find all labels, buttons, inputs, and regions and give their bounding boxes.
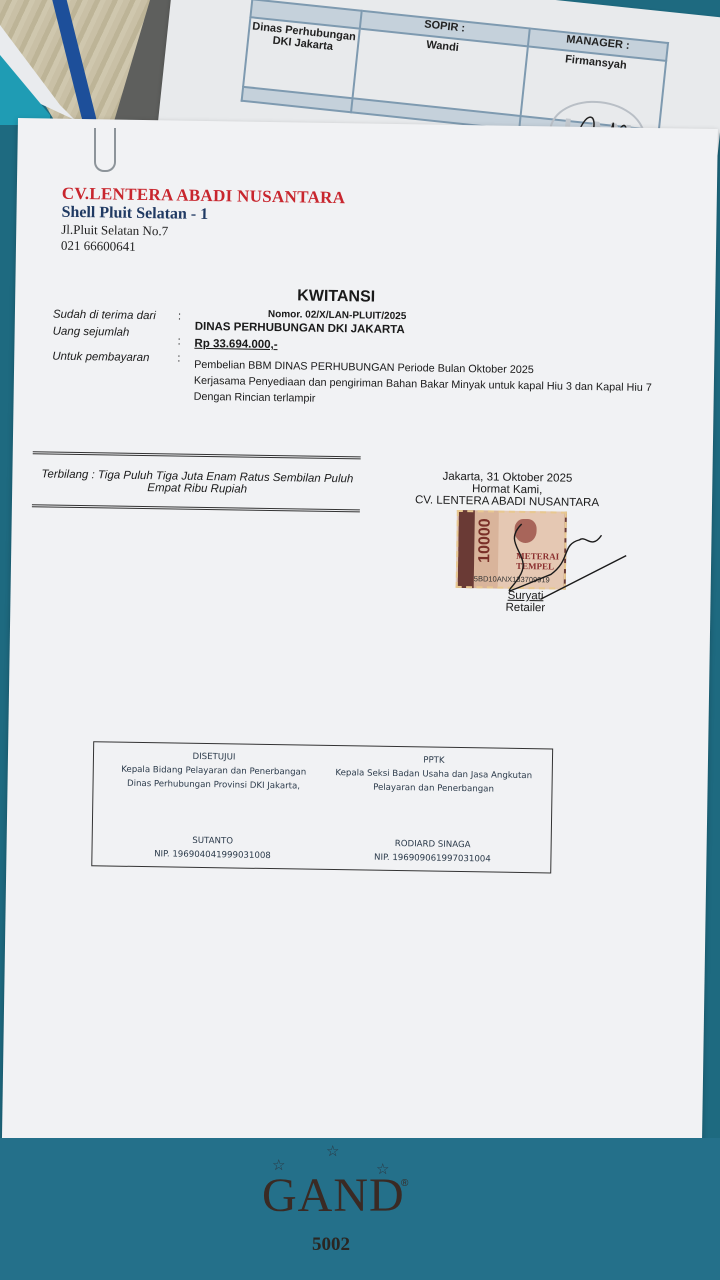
approval-left-position2: Dinas Perhubungan Provinsi DKI Jakarta, [103,776,323,793]
amount-in-words: Terbilang : Tiga Puluh Tiga Juta Enam Ra… [37,468,357,497]
amount-value: Rp 33.694.000,- [194,338,277,351]
approval-right: PPTK Kepala Seksi Badan Usaha dan Jasa A… [323,752,544,797]
registered-mark: ® [401,1178,408,1189]
approval-left-signer: SUTANTO NIP. 196904041999031008 [102,832,322,863]
signer: Suryati Retailer [490,589,560,614]
divider-bottom [32,504,360,512]
document-title: KWITANSI [297,287,375,306]
purpose-row: Untuk pembayaran : Pembelian BBM DINAS P… [52,351,672,373]
purpose-label: Untuk pembayaran [52,351,149,365]
approval-right-nip: NIP. 196909061997031004 [322,850,542,867]
paper-clip [94,128,116,172]
signer-name: Suryati [490,589,560,602]
amount-label: Uang sejumlah [53,326,130,339]
colon: : [177,353,180,365]
folder-model: 5002 [312,1234,350,1256]
divider-top [33,451,361,459]
approval-left-nip: NIP. 196904041999031008 [102,846,322,863]
received-from-label: Sudah di terima dari [53,309,156,323]
folder-brand: GAND [262,1168,405,1223]
receipt-sheet: CV.LENTERA ABADI NUSANTARA Shell Pluit S… [2,118,718,1169]
approval-box: DISETUJUI Kepala Bidang Pelayaran dan Pe… [91,741,553,873]
star-icon: ☆ [326,1142,339,1160]
approval-right-signer: RODIARD SINAGA NIP. 196909061997031004 [322,836,542,867]
company-phone: 021 66600641 [61,238,345,258]
colon: : [177,336,180,348]
signer-role: Retailer [490,601,560,614]
company-header: CV.LENTERA ABADI NUSANTARA Shell Pluit S… [61,184,346,258]
form-cell-receiver: Dinas Perhubungan DKI Jakarta [243,17,359,98]
colon: : [178,311,181,323]
approval-left: DISETUJUI Kepala Bidang Pelayaran dan Pe… [103,748,324,793]
